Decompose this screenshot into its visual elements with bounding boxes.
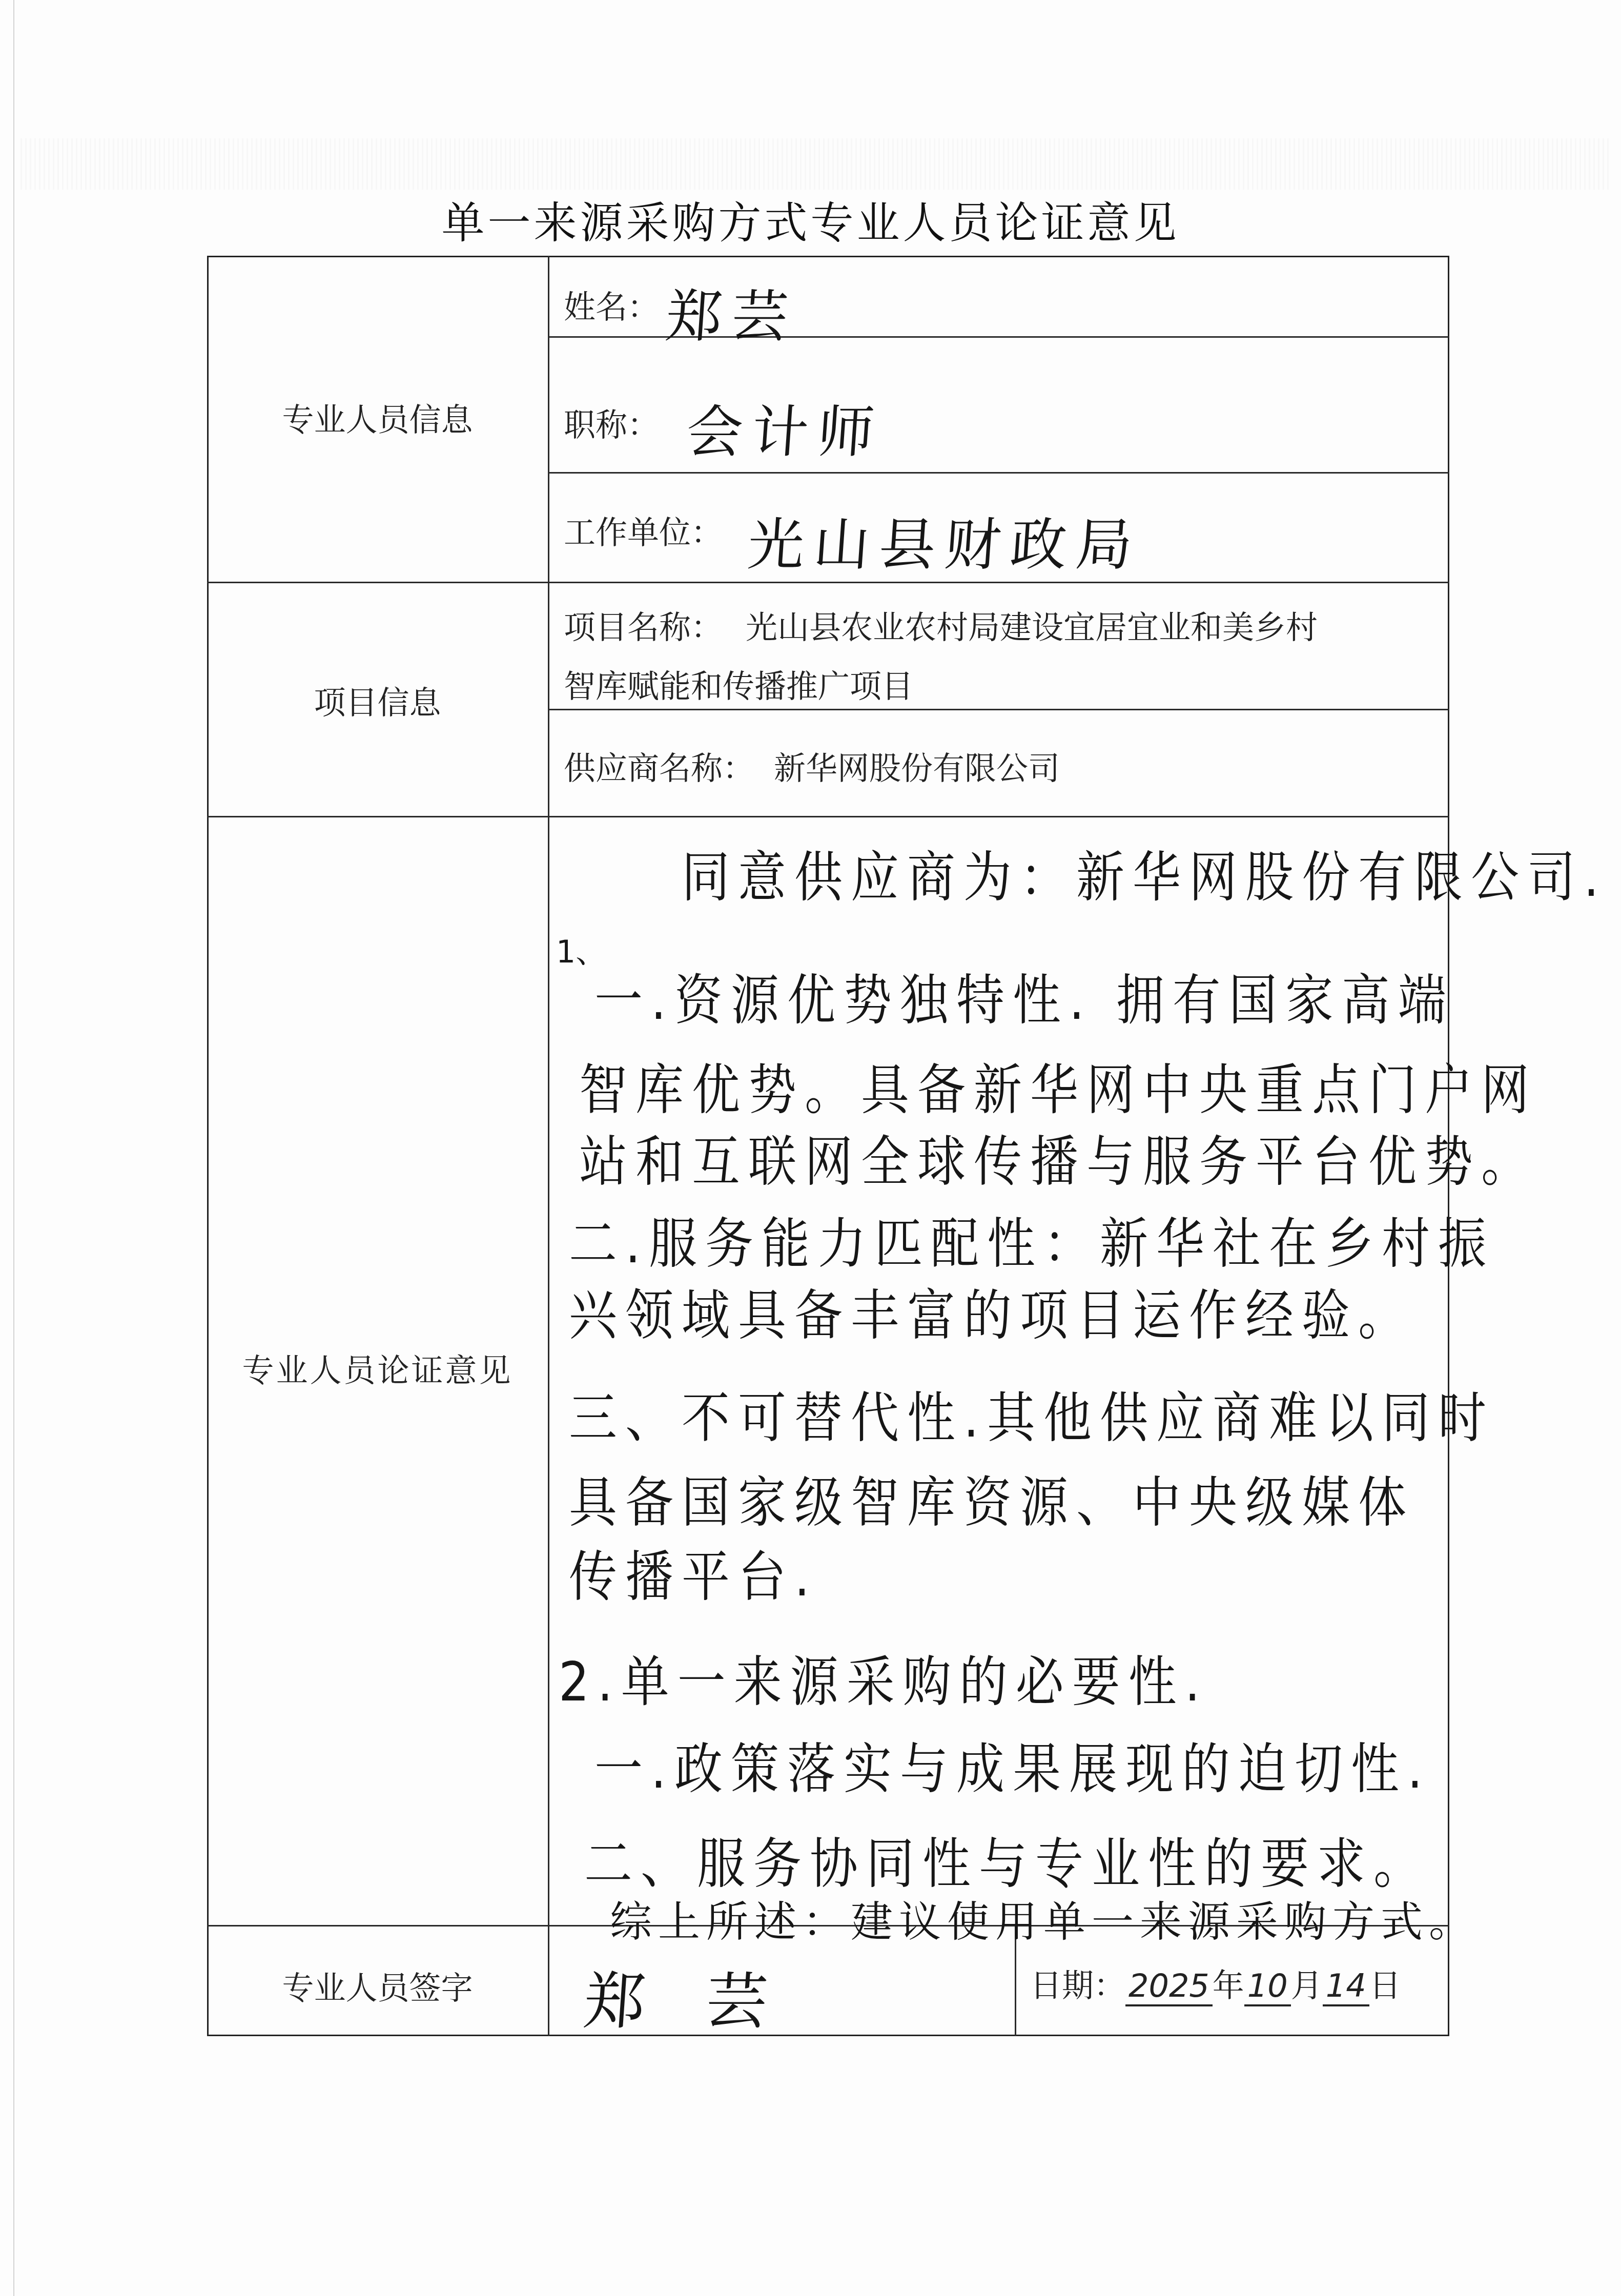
supplier-name-value: 新华网股份有限公司 xyxy=(774,743,1060,789)
opinion-line: 传播平台. xyxy=(569,1533,818,1611)
opinion-line: 三、不可替代性.其他供应商难以同时 xyxy=(569,1375,1494,1452)
opinion-line: 一.资源优势独特性. 拥有国家高端 xyxy=(594,957,1454,1034)
row-divider-project xyxy=(207,582,1449,583)
opinion-line: 具备国家级智库资源、中央级媒体 xyxy=(569,1459,1414,1536)
field-work-unit-label: 工作单位： xyxy=(564,507,723,553)
scan-noise-band xyxy=(20,138,1609,190)
row-divider-opinion xyxy=(207,816,1449,817)
date-year-unit: 年 xyxy=(1213,1967,1244,2004)
project-name-label: 项目名称： xyxy=(564,602,723,648)
field-work-unit-value: 光山县财政局 xyxy=(745,500,1144,581)
date-year: 2025 xyxy=(1125,1967,1213,2006)
date-day: 14 xyxy=(1323,1967,1369,2006)
date-day-unit: 日 xyxy=(1369,1967,1401,2004)
opinion-line: 同意供应商为：新华网股份有限公司. xyxy=(682,834,1607,911)
date-field: 日期：2025年10月14日 xyxy=(1030,1960,1401,2006)
row-divider-supplier xyxy=(548,709,1449,710)
field-title-value: 会计师 xyxy=(684,387,886,468)
project-name-line2: 智库赋能和传播推广项目 xyxy=(564,661,913,707)
date-label: 日期： xyxy=(1030,1967,1125,2004)
supplier-name-label: 供应商名称： xyxy=(564,743,754,789)
date-month: 10 xyxy=(1244,1967,1291,2006)
opinion-line: 智库优势。具备新华网中央重点门户网 xyxy=(579,1047,1537,1124)
opinion-line: 一.政策落实与成果展现的迫切性. xyxy=(594,1726,1431,1803)
field-name-label: 姓名： xyxy=(564,282,659,327)
signature-label: 专业人员签字 xyxy=(207,1963,548,2008)
document-title: 单一来源采购方式专业人员论证意见 xyxy=(0,197,1621,249)
scan-page-edge xyxy=(13,0,14,2296)
opinion-line: 二、服务协同性与专业性的要求。 xyxy=(584,1820,1430,1898)
field-name-value: 郑芸 xyxy=(663,272,800,353)
opinion-line: 2.单一来源采购的必要性. xyxy=(559,1638,1208,1716)
opinion-line: 兴领域具备丰富的项目运作经验。 xyxy=(569,1272,1414,1349)
field-title-label: 职称： xyxy=(564,400,659,445)
row-divider-title xyxy=(548,472,1449,474)
professional-info-label: 专业人员信息 xyxy=(207,395,548,440)
project-info-label: 项目信息 xyxy=(207,678,548,723)
opinion-label: 专业人员论证意见 xyxy=(207,1345,548,1391)
signature-value: 郑 芸 xyxy=(581,1953,791,2041)
date-month-unit: 月 xyxy=(1291,1967,1323,2004)
opinion-line: 综上所述：建议使用单一来源采购方式。 xyxy=(610,1889,1477,1949)
project-name-line1: 光山县农业农村局建设宜居宜业和美乡村 xyxy=(746,602,1318,648)
column-divider xyxy=(548,256,549,2036)
opinion-line: 站和互联网全球传播与服务平台优势。 xyxy=(579,1118,1537,1196)
opinion-line: 二.服务能力匹配性：新华社在乡村振 xyxy=(569,1200,1494,1278)
